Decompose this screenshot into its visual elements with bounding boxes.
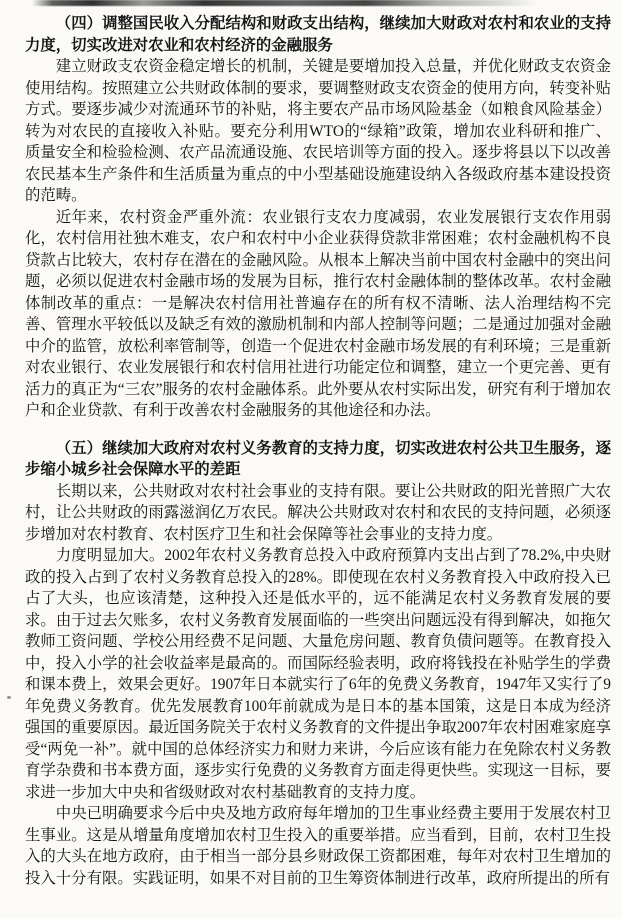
scan-speck	[7, 696, 11, 699]
paragraph-rural-education-investment: 力度明显加大。2002年农村义务教育总投入中政府预算内支出占到了78.2%,中央…	[25, 545, 611, 803]
heading-section-4: （四）调整国民收入分配结构和财政支出结构，继续加大财政对农村和农业的支持力度，切…	[25, 13, 611, 56]
document-body: （四）调整国民收入分配结构和财政支出结构，继续加大财政对农村和农业的支持力度，切…	[25, 13, 611, 889]
paragraph-rural-finance-reform: 近年来，农村资金严重外流：农业银行支农力度减弱，农业发展银行支农作用弱化，农村信…	[25, 207, 611, 422]
heading-section-5: （五）继续加大政府对农村义务教育的支持力度，切实改进农村公共卫生服务，逐步缩小城…	[25, 438, 611, 481]
paragraph-public-finance-rural-society: 长期以来，公共财政对农村社会事业的支持有限。要让公共财政的阳光普照广大农村，让公…	[25, 481, 611, 546]
scan-artifact-top	[32, 0, 537, 6]
paragraph-fiscal-support: 建立财政支农资金稳定增长的机制，关键是要增加投入总量，并优化财政支农资金使用结构…	[25, 56, 611, 207]
document-page: （四）调整国民收入分配结构和财政支出结构，继续加大财政对农村和农业的支持力度，切…	[0, 0, 622, 919]
paragraph-rural-health-funding: 中央已明确要求今后中央及地方政府每年增加的卫生事业经费主要用于发展农村卫生事业。…	[25, 803, 611, 889]
